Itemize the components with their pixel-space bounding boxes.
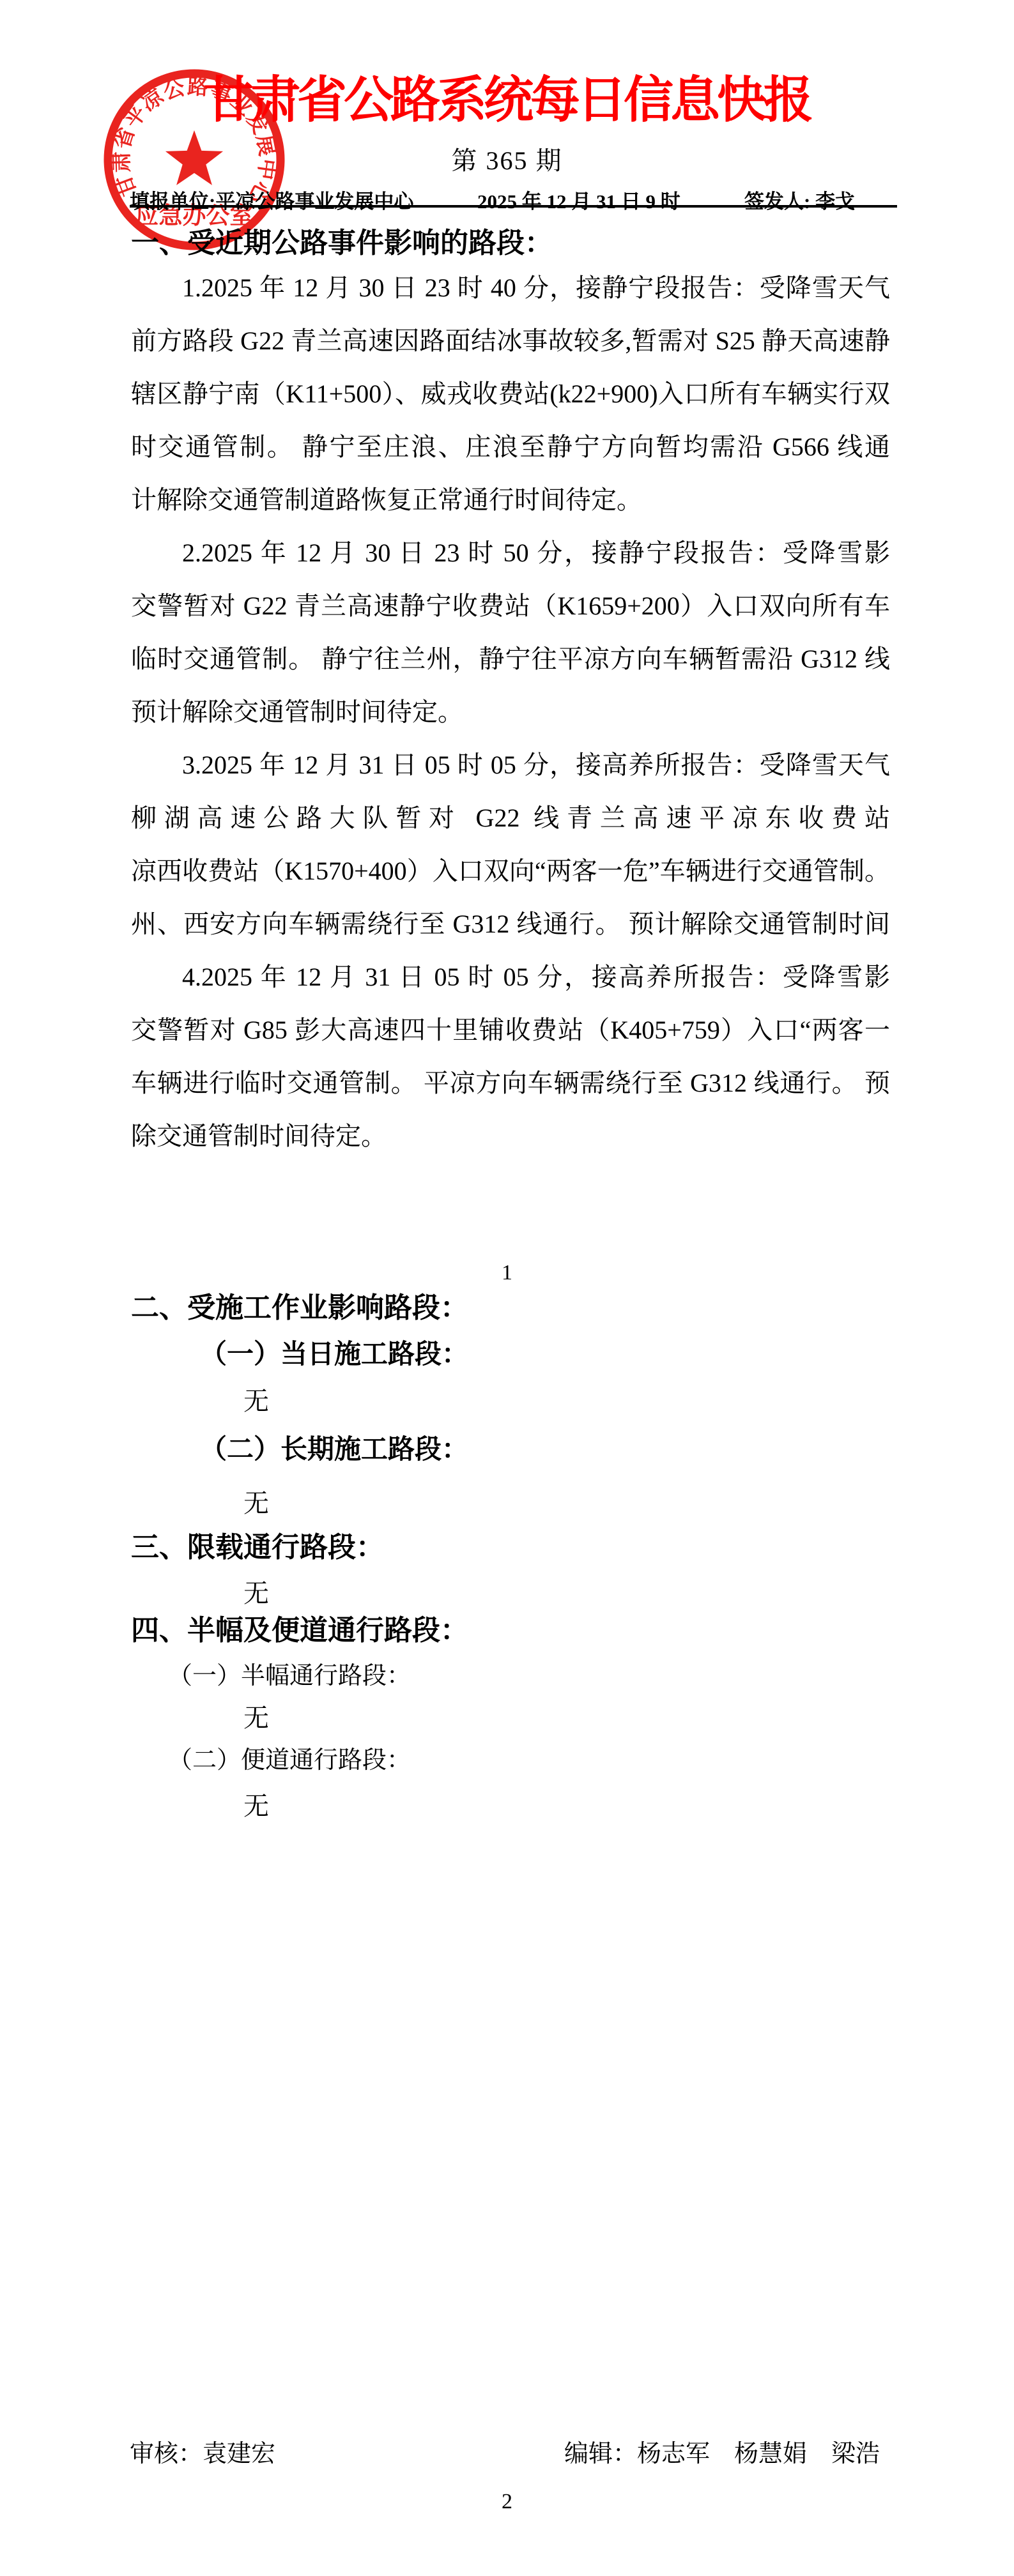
footer-audit: 审核：袁建宏 (130, 2434, 275, 2469)
section-heading: 三、限载通行路段： (131, 1532, 384, 1563)
body-line: 1.2025 年 12 月 30 日 23 时 40 分，接静宁段报告：受降雪天… (131, 261, 890, 314)
footer-editors: 编辑：杨志军 杨慧娟 梁浩 (564, 2434, 880, 2469)
body-line: 交警暂对 G22 青兰高速静宁收费站（K1659+200）入口双向所有车辆实施 (131, 579, 890, 632)
body-line: 辖区静宁南（K11+500）、威戎收费站(k22+900)入口所有车辆实行双向临 (131, 367, 890, 420)
none-value: 无 (243, 1580, 269, 1608)
none-value: 无 (243, 1387, 269, 1415)
bulletin-page: 甘肃省平凉公路事业发展中心 应急办公室 甘肃省公路系统每日信息快报 第 365 … (0, 0, 1014, 2576)
body-line: 预计解除交通管制时间待定。 (131, 685, 890, 738)
page-number-2: 2 (0, 2490, 1014, 2514)
body-line: 3.2025 年 12 月 31 日 05 时 05 分，接高养所报告：受降雪天… (131, 738, 890, 791)
section-heading: （一）半幅通行路段： (168, 1663, 411, 1690)
none-value: 无 (243, 1490, 269, 1518)
body-line: 除交通管制时间待定。 (131, 1109, 890, 1162)
body-line: 凉西收费站（K1570+400）入口双向“两客一危”车辆进行交通管制。 兰 (131, 844, 890, 897)
section-heading: 二、受施工作业影响路段： (131, 1293, 468, 1323)
body-line: 临时交通管制。 静宁往兰州，静宁往平凉方向车辆暂需沿 G312 线通行。 (131, 632, 890, 685)
body-line: 车辆进行临时交通管制。 平凉方向车辆需绕行至 G312 线通行。 预计解 (131, 1056, 890, 1109)
body-line: 前方路段 G22 青兰高速因路面结冰事故较多,暂需对 S25 静天高速静庄段 (131, 314, 890, 367)
header-rule (130, 205, 897, 208)
body-line: 时交通管制。 静宁至庄浪、庄浪至静宁方向暂均需沿 G566 线通行。 预 (131, 420, 890, 473)
section1-heading: 一、受近期公路事件影响的路段： (131, 220, 553, 261)
body-line: 州、西安方向车辆需绕行至 G312 线通行。 预计解除交通管制时间待定。 (131, 897, 890, 950)
body-line: 4.2025 年 12 月 31 日 05 时 05 分，接高养所报告：受降雪影… (131, 950, 890, 1003)
body-line: 交警暂对 G85 彭大高速四十里铺收费站（K405+759）入口“两客一危” (131, 1003, 890, 1056)
issuer: 签发人: 李戈 (744, 185, 855, 214)
none-value: 无 (243, 1704, 269, 1732)
body-line: 2.2025 年 12 月 30 日 23 时 50 分，接静宁段报告：受降雪影… (131, 526, 890, 579)
none-value: 无 (243, 1792, 269, 1820)
section-heading: （一）当日施工路段： (200, 1340, 468, 1369)
body-line: 柳湖高速公路大队暂对 G22 线青兰高速平凉东收费站（K1553+500）、平 (131, 791, 890, 844)
document-title: 甘肃省公路系统每日信息快报 (0, 60, 1014, 132)
report-unit: 填报单位:平凉公路事业发展中心 (130, 185, 413, 214)
section-heading: （二）长期施工路段： (200, 1435, 468, 1465)
body-line: 计解除交通管制道路恢复正常通行时间待定。 (131, 473, 890, 526)
page-number-1: 1 (0, 1261, 1014, 1285)
report-date: 2025 年 12 月 31 日 9 时 (477, 185, 680, 214)
section-heading: 四、半幅及便道通行路段： (131, 1615, 468, 1646)
issue-number: 第 365 期 (0, 141, 1014, 177)
section-heading: （二）便道通行路段： (168, 1748, 411, 1774)
